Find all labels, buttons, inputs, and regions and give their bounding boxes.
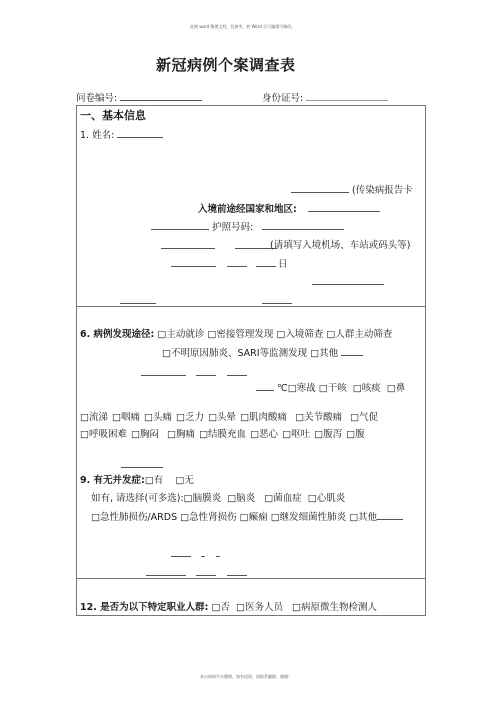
blank-field-f[interactable] xyxy=(201,556,205,557)
q9-followup-row: 如有, 请选择(可多选):□脑膜炎 □脑炎 □菌血症 □心肌炎 xyxy=(91,490,345,504)
complication-epilepsy[interactable]: □癫痫 xyxy=(240,512,268,523)
day-label: 日 xyxy=(278,256,288,270)
q6-option-contact-tracing[interactable]: □密接管理发现 xyxy=(207,329,273,340)
entry-port-note: (请填写入境机场、车站或码头等) xyxy=(270,237,410,251)
symptom-sputum[interactable]: □咳痰 xyxy=(353,383,381,394)
symptom-abdominal[interactable]: □腹 xyxy=(346,429,364,440)
blank-field-i[interactable] xyxy=(196,575,216,576)
symptom-vomiting[interactable]: □呕吐 xyxy=(282,429,310,440)
id-no-input[interactable] xyxy=(306,91,388,101)
symptoms-row-2: □流涕 □咽痛 □头痛 □乏力 □头晕 □肌肉酸痛 □关节酸痛 □气促 xyxy=(80,409,378,423)
q12-label: 12. 是否为以下特定职业人群: xyxy=(80,602,208,613)
q9-row: 9. 有无并发症:□有 □无 xyxy=(80,472,194,486)
blank-field-j[interactable] xyxy=(227,575,247,576)
footer-note: 来自网络平台整理，如有侵权，请联系删除，谢谢！ xyxy=(200,674,292,680)
header-note: 此典 word 整理文档，仅参考，转 Word 后可编辑可修改。 xyxy=(190,24,295,30)
blank-field-d[interactable] xyxy=(121,467,163,468)
symptoms-row-1: ℃□寒战 □干咳 □咳痰 □鼻 xyxy=(256,380,405,394)
symptoms-row-3: □呼吸困难 □胸闷 □胸痛 □结膜充血 □恶心 □呕吐 □腹泻 □腹 xyxy=(80,426,365,440)
passport-label: 护照号码: xyxy=(212,219,253,233)
entry-blank-1[interactable] xyxy=(161,248,215,249)
page-title: 新冠病例个案调查表 xyxy=(156,54,296,75)
blank-field-g[interactable] xyxy=(216,556,220,557)
complication-bacteremia[interactable]: □菌血症 xyxy=(264,493,301,504)
section-divider-1 xyxy=(76,306,426,307)
q6-other-input[interactable] xyxy=(341,346,363,356)
blank-field-b[interactable] xyxy=(120,303,156,304)
symptom-dizziness[interactable]: □头晕 xyxy=(208,412,236,423)
symptom-nausea[interactable]: □恶心 xyxy=(250,429,278,440)
symptom-chills[interactable]: □寒战 xyxy=(288,383,316,394)
q6-option-self-visit[interactable]: □主动就诊 xyxy=(157,329,204,340)
complication-secondary-pneumonia[interactable]: □继发细菌性肺炎 xyxy=(271,512,346,523)
symptom-dyspnea[interactable]: □呼吸困难 xyxy=(80,429,127,440)
q6-option-entry-screening[interactable]: □入境筛查 xyxy=(276,329,323,340)
complication-meningitis[interactable]: □脑膜炎 xyxy=(184,493,221,504)
q6-row-2: □不明原因肺炎、SARI等监测发现 □其他 xyxy=(162,345,363,359)
symptom-nasal[interactable]: □鼻 xyxy=(387,383,405,394)
passport-input[interactable] xyxy=(262,229,344,230)
section-divider-2 xyxy=(76,578,426,579)
temperature-input[interactable] xyxy=(256,381,274,391)
q6-option-surveillance[interactable]: □不明原因肺炎、SARI等监测发现 xyxy=(162,348,307,359)
symptom-sore-throat[interactable]: □咽痛 xyxy=(112,412,140,423)
report-card-blank[interactable] xyxy=(291,192,349,193)
q12-row: 12. 是否为以下特定职业人群: □否 □医务人员 □病原微生物检测人 xyxy=(80,599,377,613)
symptom-conjunctival[interactable]: □结膜充血 xyxy=(199,429,246,440)
blank-field-e[interactable] xyxy=(171,556,191,557)
report-card-text: (传染病报告卡 xyxy=(352,182,413,196)
name-label: 1. 姓名: xyxy=(80,130,114,141)
section-heading-basic-info: 一、基本信息 xyxy=(80,107,146,123)
questionnaire-no-input[interactable] xyxy=(120,91,202,101)
questionnaire-no-field: 问卷编号: xyxy=(76,90,202,104)
complication-other[interactable]: □其他 xyxy=(349,512,377,523)
q12-option-lab-tester[interactable]: □病原微生物检测人 xyxy=(292,602,377,613)
q9-followup-row-2: □急性肺损伤/ARDS □急性肾损伤 □癫痫 □继发细菌性肺炎 □其他 xyxy=(91,509,403,523)
name-input[interactable] xyxy=(117,128,163,138)
questionnaire-no-label: 问卷编号: xyxy=(76,93,117,104)
blank-field-h[interactable] xyxy=(146,575,186,576)
entry-countries-input[interactable] xyxy=(308,211,380,212)
q6-row: 6. 病例发现途径: □主动就诊 □密接管理发现 □入境筛查 □人群主动筛查 xyxy=(80,326,392,340)
q6-label: 6. 病例发现途径: xyxy=(80,329,154,340)
id-no-label: 身份证号: xyxy=(262,93,303,104)
complication-myocarditis[interactable]: □心肌炎 xyxy=(308,493,345,504)
symptom-muscle-pain[interactable]: □肌肉酸痛 xyxy=(240,412,287,423)
symptom-dry-cough[interactable]: □干咳 xyxy=(319,383,347,394)
symptom-fatigue[interactable]: □乏力 xyxy=(176,412,204,423)
symptom-joint-pain[interactable]: □关节酸痛 xyxy=(295,412,342,423)
passport-prefix-blank[interactable] xyxy=(151,229,209,230)
onset-day-blank[interactable] xyxy=(227,375,247,376)
date-month-blank[interactable] xyxy=(227,266,247,267)
onset-month-blank[interactable] xyxy=(196,375,216,376)
q9-label: 9. 有无并发症: xyxy=(80,475,145,486)
date-day-blank[interactable] xyxy=(256,266,276,267)
onset-year-blank[interactable] xyxy=(141,375,186,376)
name-field: 1. 姓名: xyxy=(80,127,163,141)
symptom-shortness-of-breath[interactable]: □气促 xyxy=(350,412,378,423)
complication-ards[interactable]: □急性肺损伤/ARDS xyxy=(91,512,177,523)
complication-other-input[interactable] xyxy=(377,510,403,520)
entry-countries-label: 入境前途经国家和地区: xyxy=(198,201,297,215)
temperature-unit: ℃ xyxy=(277,383,288,394)
symptom-runny-nose[interactable]: □流涕 xyxy=(80,412,108,423)
blank-field-c[interactable] xyxy=(262,303,292,304)
date-year-blank[interactable] xyxy=(171,266,216,267)
symptom-headache[interactable]: □头痛 xyxy=(144,412,172,423)
q9-option-yes[interactable]: □有 xyxy=(145,475,163,486)
symptom-chest-tightness[interactable]: □胸闷 xyxy=(131,429,159,440)
complication-aki[interactable]: □急性肾损伤 xyxy=(180,512,236,523)
complication-encephalitis[interactable]: □脑炎 xyxy=(227,493,255,504)
q12-option-medical-staff[interactable]: □医务人员 xyxy=(236,602,283,613)
q12-option-no[interactable]: □否 xyxy=(211,602,229,613)
q6-option-other[interactable]: □其他 xyxy=(310,348,338,359)
id-no-field: 身份证号: xyxy=(262,90,388,104)
blank-field-a[interactable] xyxy=(312,284,384,285)
q9-option-no[interactable]: □无 xyxy=(175,475,193,486)
symptom-diarrhea[interactable]: □腹泻 xyxy=(314,429,342,440)
q9-followup-label: 如有, 请选择(可多选): xyxy=(91,493,184,504)
symptom-chest-pain[interactable]: □胸痛 xyxy=(167,429,195,440)
q6-option-active-screening[interactable]: □人群主动筛查 xyxy=(326,329,392,340)
